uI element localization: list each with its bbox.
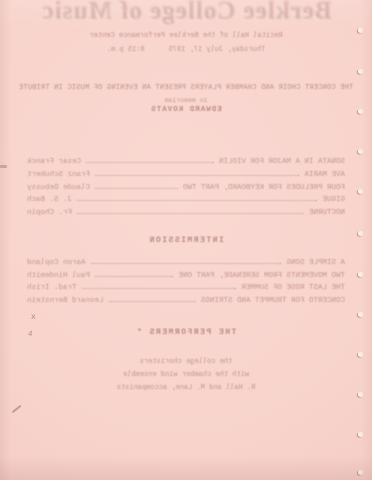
piece-title: SONATA IN A MAJOR FOR VIOLIN <box>219 158 345 166</box>
scanned-page: Berklee College of Music Recital Hall of… <box>0 0 372 480</box>
performers-lines: the college choristers with the chamber … <box>0 356 372 395</box>
punch-hole <box>358 69 363 74</box>
composer-name: Trad. Irish <box>27 284 77 292</box>
performers-heading: THE PERFORMERS * <box>0 328 372 337</box>
punch-hole <box>358 272 363 277</box>
piece-title: FOUR PRELUDES FOR KEYBOARD, PART TWO <box>183 184 345 192</box>
punch-hole <box>358 109 363 114</box>
punch-hole <box>358 28 363 33</box>
program-row: TWO MOVEMENTS FROM SERENADE, PART ONE Pa… <box>27 272 345 285</box>
punch-hole <box>358 470 363 475</box>
piece-title: GIGUE <box>322 196 345 204</box>
date-row: Thursday, July 17, 1975 8:15 p.m. <box>0 46 372 54</box>
dot-leader <box>95 276 173 277</box>
composer-name: Franz Schubert <box>27 171 90 179</box>
composer-name: J. S. Bach <box>27 196 72 204</box>
punch-hole <box>358 392 363 397</box>
pencil-slash-mark <box>12 405 22 413</box>
program-row: A SIMPLE SONG Aaron Copland <box>27 259 345 272</box>
punch-hole <box>358 352 363 357</box>
program-row: FOUR PRELUDES FOR KEYBOARD, PART TWO Cla… <box>27 184 345 197</box>
dot-leader <box>82 288 237 289</box>
dot-leader <box>109 301 196 302</box>
edge-smudge-mark <box>0 165 7 168</box>
memoriam-label: in memoriam <box>0 97 372 104</box>
performers-line: R. Hall and M. Lane, accompanists <box>0 382 372 395</box>
piece-title: A SIMPLE SONG <box>286 259 345 267</box>
punch-hole <box>358 231 363 236</box>
program-row: AVE MARIA Franz Schubert <box>27 171 345 184</box>
dot-leader <box>91 263 282 264</box>
punch-hole <box>358 432 363 437</box>
performers-line: the college choristers <box>0 356 372 369</box>
program-row: CONCERTO FOR TRUMPET AND STRINGS Leonard… <box>27 297 345 310</box>
composer-name: Leonard Bernstein <box>27 297 104 305</box>
program-row: SONATA IN A MAJOR FOR VIOLIN Cesar Franc… <box>27 158 345 171</box>
marks-layer: x 4 <box>0 0 372 480</box>
piece-title: TWO MOVEMENTS FROM SERENADE, PART ONE <box>178 272 345 280</box>
composer-name: Claude Debussy <box>27 184 90 192</box>
bleed-through-layer: Berklee College of Music Recital Hall of… <box>0 0 372 480</box>
program-row: NOCTURNE Fr. Chopin <box>27 209 345 222</box>
dot-leader <box>77 213 304 214</box>
composer-name: Fr. Chopin <box>27 209 72 217</box>
program-row: GIGUE J. S. Bach <box>27 196 345 209</box>
pencil-numeral-mark: 4 <box>27 330 33 339</box>
scan-vignette <box>0 0 372 480</box>
dot-leader <box>95 175 299 176</box>
venue-line: Recital Hall of the Berklee Performance … <box>0 32 372 40</box>
memoriam-name: EDWARD KOVATS <box>0 106 372 114</box>
piece-title: NOCTURNE <box>309 209 345 217</box>
presenter-line: THE CONCERT CHOIR AND CHAMBER PLAYERS PR… <box>5 84 367 92</box>
piece-title: CONCERTO FOR TRUMPET AND STRINGS <box>201 297 345 305</box>
program-row: THE LAST ROSE OF SUMMER Trad. Irish <box>27 284 345 297</box>
performers-line: with the chamber wind ensemble <box>0 369 372 382</box>
date-text: Thursday, July 17, 1975 <box>169 46 266 54</box>
punch-hole <box>358 312 363 317</box>
page-title: Berklee College of Music <box>0 0 372 24</box>
program-part-1: SONATA IN A MAJOR FOR VIOLIN Cesar Franc… <box>27 158 345 222</box>
piece-title: AVE MARIA <box>304 171 345 179</box>
piece-title: THE LAST ROSE OF SUMMER <box>241 284 345 292</box>
intermission-heading: INTERMISSION <box>0 236 372 245</box>
punch-hole <box>358 149 363 154</box>
dot-leader <box>77 200 317 201</box>
dot-leader <box>86 162 214 163</box>
composer-name: Aaron Copland <box>27 259 86 267</box>
pencil-x-mark: x <box>31 312 36 321</box>
dot-leader <box>95 188 178 189</box>
time-text: 8:15 p.m. <box>107 46 145 54</box>
program-part-2: A SIMPLE SONG Aaron Copland TWO MOVEMENT… <box>27 259 345 309</box>
punch-hole <box>358 189 363 194</box>
composer-name: Cesar Franck <box>27 158 81 166</box>
composer-name: Paul Hindemith <box>27 272 90 280</box>
